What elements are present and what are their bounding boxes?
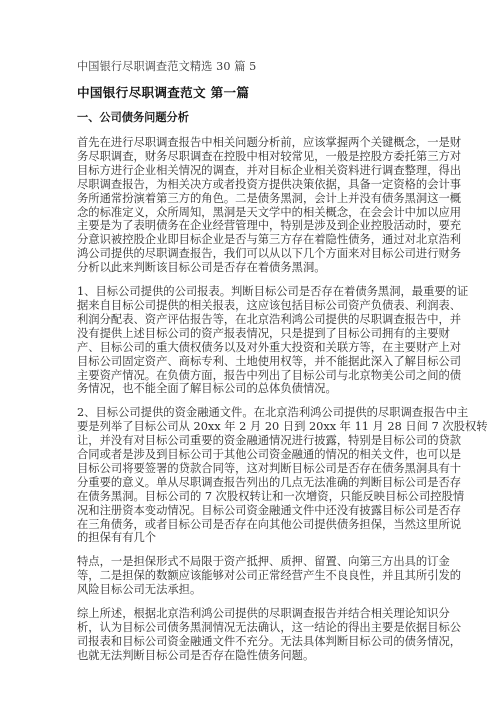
text-line: 利润分配表、资产评估报告等，在北京浩利鸿公司提供的尽职调查报告中，并 [77, 313, 423, 327]
text-line: 目标公司固定资产、商标专利、土地使用权等，并不能据此深入了解目标公司 [77, 355, 423, 369]
paragraph-conclusion: 综上所述，根据北京浩利鸿公司提供的尽职调查报告并结合相关理论知识分 析，认为目标… [77, 607, 423, 663]
paragraph-company-reports: 1、目标公司提供的公司报表。判断目标公司是否存在着债务黑洞，最重要的证 据来自目… [77, 285, 423, 396]
text-line: 目标方进行企业相关情况的调查，并对目标企业相关资料进行调查整理，得出 [77, 164, 423, 178]
text-line: 况和注册资本变动情况。目标公司资金融通文件中还没有披露目标公司是否存 [77, 504, 423, 518]
document-page: 中国银行尽职调查范文精选 30 篇 5 中国银行尽职调查范文 第一篇 一、公司债… [77, 59, 423, 673]
text-line: 念的标准定义，众所周知，黑洞是天文学中的相关概念，在会会计中加以应用 [77, 206, 423, 220]
text-line: 分意识被控股企业即目标企业是否与第三方存在着隐性债务，通过对北京浩利 [77, 233, 423, 247]
paragraph-financing-documents: 2、目标公司提供的资金融通文件。在北京浩利鸿公司提供的尽职调查报告中主 要是列举… [77, 406, 423, 545]
text-line: 的担保有有几个 [77, 531, 423, 545]
text-line: 2、目标公司提供的资金融通文件。在北京浩利鸿公司提供的尽职调查报告中主 [77, 406, 423, 420]
text-line: 没有提供上述目标公司的资产报表情况，只是提到了目标公司拥有的主要财 [77, 327, 423, 341]
text-line: 合同或者是涉及到目标公司于其他公司资金融通的情况的相关文件，也可以是 [77, 448, 423, 462]
text-line: 主要资产情况。在负债方面，报告中列出了目标公司与北京物美公司之间的债 [77, 369, 423, 383]
paragraph-intro: 首先在进行尽职调查报告中相关问题分析前，应该掌握两个关键概念，一是财 务尽职调查… [77, 136, 423, 275]
text-line: 产、目标公司的重大债权债务以及对外重大投资和关联方等，在主要财产上对 [77, 341, 423, 355]
paragraph-guarantee-features: 特点，一是担保形式不局限于资产抵押、质押、留置、向第三方出具的订金 等，二是担保… [77, 555, 423, 597]
text-line: 鸿公司提供的尽职调查报告，我们可以从以下几个方面来对目标公司进行财务 [77, 247, 423, 261]
text-line: 务所通常扮演着第三方的角色。二是债务黑洞，会计上并没有债务黑洞这一概 [77, 192, 423, 206]
text-line: 特点，一是担保形式不局限于资产抵押、质押、留置、向第三方出具的订金 [77, 555, 423, 569]
text-line: 要是列举了目标公司从 20xx 年 2 月 20 日到 20xx 年 11 月 … [77, 420, 423, 434]
text-line: 也就无法判断目标公司是否存在隐性债务问题。 [77, 649, 423, 663]
text-line: 在债务黑洞。目标公司的 7 次股权转让和一次增资，只能反映目标公司控股情 [77, 490, 423, 504]
text-line: 据来自目标公司提供的相关报表，这应该包括目标公司资产负债表、利润表、 [77, 299, 423, 313]
text-line: 分析以此来判断该目标公司是否存在着债务黑洞。 [77, 261, 423, 275]
text-line: 风险目标公司无法承担。 [77, 583, 423, 597]
text-line: 分重要的意义。单从尽职调查报告列出的几点无法准确的判断目标公司是否存 [77, 476, 423, 490]
text-line: 在三角债务，或者目标公司是否存在向其他公司提供债务担保，当然这里所说 [77, 518, 423, 532]
text-line: 等，二是担保的数额应该能够对公司正常经营产生不良良性，并且其所引发的 [77, 569, 423, 583]
text-line: 析，认为目标公司债务黑洞情况无法确认，这一结论的得出主要是依据目标公 [77, 621, 423, 635]
text-line: 综上所述，根据北京浩利鸿公司提供的尽职调查报告并结合相关理论知识分 [77, 607, 423, 621]
text-line: 目标公司将要签署的贷款合同等，这对判断目标公司是否存在债务黑洞具有十 [77, 462, 423, 476]
text-line: 务情况，也不能全面了解目标公司的总体负债情况。 [77, 382, 423, 396]
text-line: 让，并没有对目标公司重要的资金融通情况进行披露，特别是目标公司的贷款 [77, 434, 423, 448]
text-line: 1、目标公司提供的公司报表。判断目标公司是否存在着债务黑洞，最重要的证 [77, 285, 423, 299]
text-line: 首先在进行尽职调查报告中相关问题分析前，应该掌握两个关键概念，一是财 [77, 136, 423, 150]
text-line: 主要是为了表明债务在企业经营管理中，特别是涉及到企业控股活动时，要充 [77, 219, 423, 233]
section-heading: 一、公司债务问题分析 [77, 110, 423, 126]
text-line: 务尽职调查，财务尽职调查在控股中相对较常见，一般是控股方委托第三方对 [77, 150, 423, 164]
text-line: 司报表和目标公司资金融通文件不充分。无法具体判断目标公司的债务情况， [77, 635, 423, 649]
document-title: 中国银行尽职调查范文 第一篇 [77, 85, 423, 101]
document-subtitle: 中国银行尽职调查范文精选 30 篇 5 [77, 59, 423, 75]
text-line: 尽职调查报告，为相关决方或者投资方提供决策依据，具备一定资格的会计事 [77, 178, 423, 192]
